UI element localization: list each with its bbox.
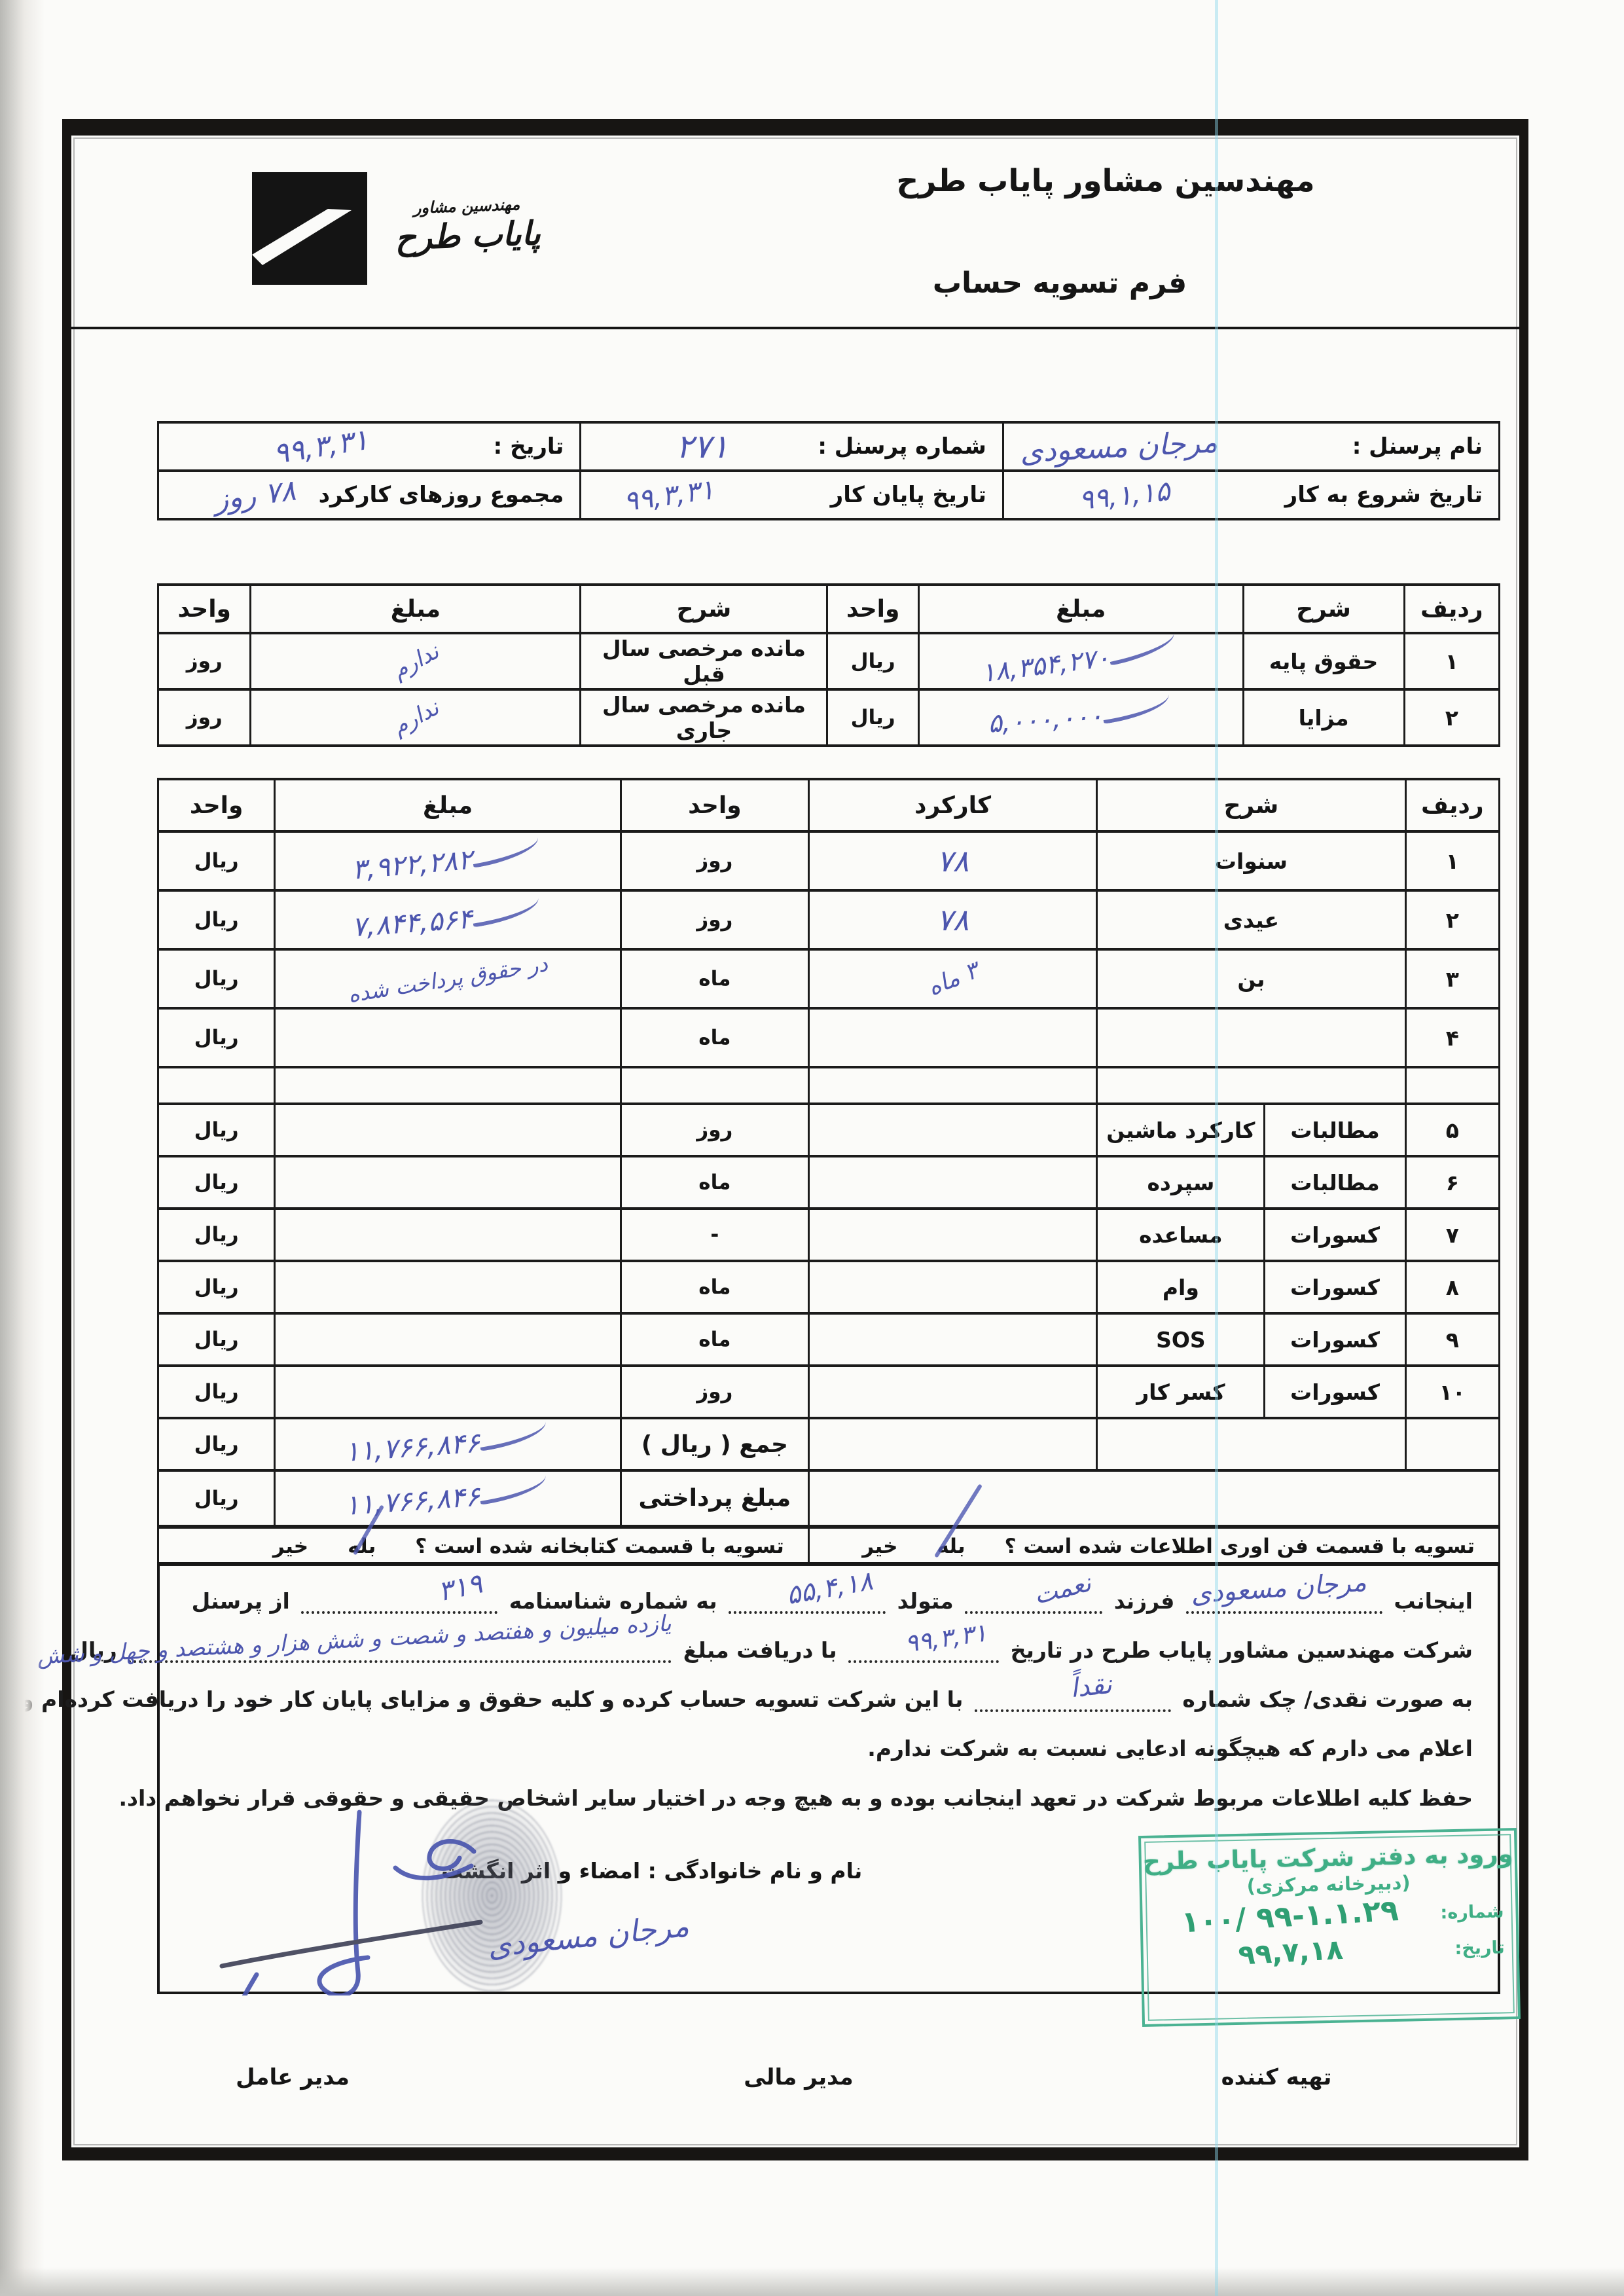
- table-row: ۱۰ کسورات کسر کار روز ریال: [158, 1366, 1500, 1418]
- prev-year-leave-label: مانده مرخصی سال قبل: [581, 633, 827, 689]
- label-az-personel: از پرسنل: [192, 1588, 290, 1614]
- label-motavalled: متولد: [897, 1588, 954, 1614]
- clearance-questions-row: تسویه با قسمت فن اوری اطلاعات شده است ؟ …: [158, 1527, 1500, 1565]
- date-label: تاریخ :: [494, 433, 564, 460]
- empty-cell: [808, 1470, 1499, 1527]
- col-header-radif: ردیف: [1404, 585, 1499, 633]
- scanned-settlement-form: مهندسین مشاور پایاب طرح فرم تسویه حساب م…: [0, 0, 1624, 2296]
- empty-cell: [1405, 1067, 1499, 1104]
- method-blank: نقداً: [975, 1709, 1171, 1712]
- col-header-mablagh: مبلغ: [918, 585, 1243, 633]
- amount-words-blank: یازده میلیون و هفتصد و شصت و شش هزار و ه…: [128, 1660, 672, 1663]
- table-row: ۵ مطالبات کارکرد ماشین روز ریال: [158, 1104, 1500, 1156]
- label-settled-statement: با این شرکت تسویه حساب کرده و کلیه حقوق …: [0, 1686, 963, 1712]
- advance-label: مساعده: [1097, 1209, 1265, 1261]
- eydi-workdays: ۷۸: [937, 902, 969, 938]
- id-blank: ۳۱۹: [301, 1611, 497, 1614]
- empty-cell: [275, 1261, 621, 1313]
- unit-rial: ریال: [827, 689, 918, 746]
- stamp-number-label: شماره:: [1425, 1901, 1504, 1923]
- sanavat-workdays: ۷۸: [937, 843, 969, 879]
- bon-duration: ۳ ماه: [924, 957, 982, 1001]
- kosoorat-category: کسورات: [1265, 1366, 1405, 1418]
- empty-cell: [808, 1366, 1097, 1418]
- spacer-row: [158, 1067, 1500, 1104]
- logo-wordmark-big: پایاب طرح: [372, 213, 564, 258]
- table-row: تاریخ شروع به کار ۹۹,۱,۱۵ تاریخ پایان کا…: [158, 471, 1500, 519]
- name-blank: مرجان مسعودی: [1186, 1611, 1382, 1614]
- unit-rial: ریال: [158, 1470, 275, 1527]
- machine-work-label: کارکرد ماشین: [1097, 1104, 1265, 1156]
- col-header-sharh: شرح: [1097, 779, 1405, 831]
- unit-mah: ماه: [621, 1156, 808, 1209]
- label-injaneb: اینجانب: [1394, 1588, 1473, 1614]
- col-header-sharh2: شرح: [581, 585, 827, 633]
- label-amount-received: با دریافت مبلغ: [683, 1637, 837, 1663]
- form-title: فرم تسویه حساب: [778, 266, 1341, 300]
- sanavat-amount: ۳,۹۲۲,۲۸۲: [351, 837, 545, 885]
- library-clearance-question: تسویه با قسمت کتابخانه شده است ؟: [415, 1535, 784, 1558]
- declaration-line-1: اینجانب مرجان مسعودی فرزند نعمت متولد ۵۵…: [185, 1584, 1473, 1618]
- empty-cell: [621, 1067, 808, 1104]
- payment-method-value: نقداً: [1068, 1664, 1114, 1709]
- row-number: ۹: [1405, 1313, 1499, 1366]
- empty-cell: [808, 1418, 1097, 1470]
- row-number: ۱: [1405, 831, 1499, 890]
- empty-cell: [808, 1008, 1097, 1067]
- paid-amount-label: مبلغ پرداختی: [621, 1470, 808, 1527]
- scan-edge-shadow-left: [0, 0, 45, 2296]
- row-number: ۱: [1404, 633, 1499, 689]
- empty-cell: [275, 1008, 621, 1067]
- table-row: ۸ کسورات وام ماه ریال: [158, 1261, 1500, 1313]
- label-payment-method: به صورت نقدی/ چک شماره: [1182, 1686, 1473, 1712]
- empty-cell: [275, 1313, 621, 1366]
- empty-cell: [808, 1209, 1097, 1261]
- company-title: مهندسین مشاور پایاب طرح: [811, 163, 1400, 199]
- kosoorat-category: کسورات: [1265, 1313, 1405, 1366]
- base-salary-amount: ۱۸,۳۵۴,۲۷۰: [979, 634, 1182, 689]
- col-header-sharh: شرح: [1243, 585, 1404, 633]
- it-clearance-no: خیر: [862, 1535, 897, 1558]
- office-entry-stamp: ورود به دفتر شرکت پایاب طرح (دبیرخانه مر…: [1138, 1828, 1521, 2027]
- empty-cell: [275, 1366, 621, 1418]
- header-divider: [71, 327, 1519, 329]
- managing-director-label: مدیر عامل: [221, 2064, 365, 2090]
- eydi-label: عیدی: [1097, 890, 1405, 949]
- end-date-value: ۹۹,۳,۳۱: [622, 473, 717, 517]
- row-number: ۵: [1405, 1104, 1499, 1156]
- unit-rial: ریال: [158, 1261, 275, 1313]
- empty-desc: [1097, 1008, 1405, 1067]
- financial-manager-label: مدیر مالی: [727, 2064, 871, 2090]
- scan-edge-shadow-bottom: [0, 2267, 1624, 2296]
- current-year-leave-label: مانده مرخصی سال جاری: [581, 689, 827, 746]
- empty-cell: [275, 1104, 621, 1156]
- empty-cell: [1405, 1418, 1499, 1470]
- start-date-value: ۹۹,۱,۱۵: [1077, 474, 1172, 515]
- col-header-vahed: واحد: [827, 585, 918, 633]
- father-blank: نعمت: [965, 1611, 1102, 1614]
- logo-wordmark: مهندسین مشاور پایاب طرح: [372, 194, 564, 258]
- empty-cell: [158, 1067, 275, 1104]
- unit-rial: ریال: [158, 831, 275, 890]
- work-deduction-label: کسر کار: [1097, 1366, 1265, 1418]
- benefits-amount: ۵,۰۰۰,۰۰۰: [987, 696, 1175, 739]
- stamp-subtitle: (دبیرخانه مرکزی): [1142, 1869, 1515, 1899]
- sum-amount: ۱۱,۷۶۶,۸۴۶: [344, 1421, 552, 1468]
- row-number: ۱۰: [1405, 1366, 1499, 1418]
- table-row: ۹ کسورات SOS ماه ریال: [158, 1313, 1500, 1366]
- empty-cell: [1097, 1418, 1405, 1470]
- table-header-row: ردیف شرح مبلغ واحد شرح مبلغ واحد: [158, 585, 1500, 633]
- table-row: ۴ ماه ریال: [158, 1008, 1500, 1067]
- paid-row: مبلغ پرداختی ۱۱,۷۶۶,۸۴۶ ریال: [158, 1470, 1500, 1527]
- label-farzand: فرزند: [1114, 1588, 1175, 1614]
- personnel-number-label: شماره پرسنل :: [818, 433, 986, 460]
- unit-mah: ماه: [621, 1008, 808, 1067]
- personnel-info-table: نام پرسنل : مرجان مسعودی شماره پرسنل : ۲…: [157, 421, 1500, 520]
- row-number: ۲: [1405, 890, 1499, 949]
- unit-rooz: روز: [158, 633, 251, 689]
- bon-label: بن: [1097, 949, 1405, 1008]
- table-row: نام پرسنل : مرجان مسعودی شماره پرسنل : ۲…: [158, 422, 1500, 471]
- empty-cell: [808, 1156, 1097, 1209]
- stamp-date-label: تاریخ:: [1426, 1937, 1505, 1959]
- empty-cell: [808, 1261, 1097, 1313]
- unit-rooz: روز: [621, 890, 808, 949]
- unit-mah: ماه: [621, 1261, 808, 1313]
- it-clearance-question: تسویه با قسمت فن اوری اطلاعات شده است ؟: [1005, 1535, 1475, 1558]
- label-company-date: شرکت مهندسین مشاور پایاب طرح در تاریخ: [1011, 1637, 1473, 1663]
- table-row: ۳ بن ۳ ماه ماه در حقوق پرداخت شده ریال: [158, 949, 1500, 1008]
- loan-label: وام: [1097, 1261, 1265, 1313]
- unit-rooz: روز: [621, 831, 808, 890]
- unit-rial: ریال: [158, 1209, 275, 1261]
- end-date-label: تاریخ پایان کار: [831, 482, 986, 508]
- unit-dash: -: [621, 1209, 808, 1261]
- col-header-mablagh: مبلغ: [275, 779, 621, 831]
- empty-cell: [275, 1156, 621, 1209]
- total-days-value: ۷۸ روز: [212, 473, 297, 517]
- salary-table: ردیف شرح مبلغ واحد شرح مبلغ واحد ۱ حقوق …: [157, 583, 1500, 747]
- personnel-name-label: نام پرسنل :: [1352, 433, 1483, 460]
- birth-date: ۵۵,۴,۱۸: [784, 1561, 876, 1616]
- total-days-label: مجموع روزهای کارکرد: [319, 482, 564, 508]
- table-row: ۲ عیدی ۷۸ روز ۷,۸۴۴,۵۶۴ ریال: [158, 890, 1500, 949]
- eydi-amount: ۷,۸۴۴,۵۶۴: [351, 897, 545, 942]
- col-header-mablagh2: مبلغ: [251, 585, 581, 633]
- company-logo-icon: [252, 172, 367, 285]
- unit-rooz: روز: [621, 1104, 808, 1156]
- empty-cell: [275, 1067, 621, 1104]
- library-clearance-yes: بله: [348, 1535, 376, 1558]
- row-number: ۲: [1404, 689, 1499, 746]
- row-number: ۸: [1405, 1261, 1499, 1313]
- table-row: ۱ حقوق پایه ۱۸,۳۵۴,۲۷۰ ریال مانده مرخصی …: [158, 633, 1500, 689]
- table-header-row: ردیف شرح کارکرد واحد مبلغ واحد: [158, 779, 1500, 831]
- row-number: ۶: [1405, 1156, 1499, 1209]
- col-header-vahed2: واحد: [158, 779, 275, 831]
- table-row: ۶ مطالبات سپرده ماه ریال: [158, 1156, 1500, 1209]
- preparer-label: تهیه کننده: [1204, 2064, 1348, 2090]
- signature-icon: [199, 1806, 487, 1995]
- settle-date-blank: ۹۹,۳,۳۱: [848, 1660, 999, 1663]
- father-name: نعمت: [1030, 1563, 1095, 1614]
- benefits-label: مزایا: [1243, 689, 1404, 746]
- unit-rial: ریال: [158, 1366, 275, 1418]
- sanavat-label: سنوات: [1097, 831, 1405, 890]
- table-row: ۱ سنوات ۷۸ روز ۳,۹۲۲,۲۸۲ ریال: [158, 831, 1500, 890]
- bon-note: در حقوق پرداخت شده: [346, 951, 549, 1008]
- birth-blank: ۵۵,۴,۱۸: [729, 1611, 886, 1614]
- unit-rial: ریال: [158, 1008, 275, 1067]
- unit-rial: ریال: [158, 1313, 275, 1366]
- row-number: ۴: [1405, 1008, 1499, 1067]
- unit-rial: ریال: [827, 633, 918, 689]
- stamp-title: ورود به دفتر شرکت پایاب طرح: [1141, 1840, 1515, 1876]
- col-header-vahed2: واحد: [158, 585, 251, 633]
- table-row: ۷ کسورات مساعده - ریال: [158, 1209, 1500, 1261]
- kosoorat-category: کسورات: [1265, 1261, 1405, 1313]
- settle-date: ۹۹,۳,۳۱: [902, 1614, 989, 1664]
- empty-cell: [808, 1067, 1097, 1104]
- col-header-karkard: کارکرد: [808, 779, 1097, 831]
- declaration-line-4: اعلام می دارم که هیچگونه ادعایی نسبت به …: [185, 1732, 1473, 1765]
- kosoorat-category: کسورات: [1265, 1209, 1405, 1261]
- deposit-label: سپرده: [1097, 1156, 1265, 1209]
- motalebat-category: مطالبات: [1265, 1104, 1405, 1156]
- col-header-radif: ردیف: [1405, 779, 1499, 831]
- base-salary-label: حقوق پایه: [1243, 633, 1404, 689]
- settlement-table: ردیف شرح کارکرد واحد مبلغ واحد ۱ سنوات ۷…: [157, 778, 1500, 1566]
- unit-rooz: روز: [621, 1366, 808, 1418]
- start-date-label: تاریخ شروع به کار: [1285, 482, 1483, 508]
- unit-mah: ماه: [621, 949, 808, 1008]
- library-clearance-no: خیر: [273, 1535, 308, 1558]
- it-clearance-yes: بله: [937, 1535, 965, 1558]
- empty-cell: [808, 1313, 1097, 1366]
- declarant-name: مرجان مسعودی: [1189, 1562, 1367, 1615]
- unit-rial: ریال: [158, 890, 275, 949]
- unit-rial: ریال: [158, 1418, 275, 1470]
- empty-cell: [808, 1104, 1097, 1156]
- personnel-number-value: ۲۷۱: [676, 428, 729, 465]
- unit-rial: ریال: [158, 1104, 275, 1156]
- sos-label: SOS: [1097, 1313, 1265, 1366]
- empty-cell: [1097, 1067, 1405, 1104]
- col-header-vahed: واحد: [621, 779, 808, 831]
- unit-rial: ریال: [158, 1156, 275, 1209]
- declaration-line-2: شرکت مهندسین مشاور پایاب طرح در تاریخ ۹۹…: [185, 1633, 1473, 1667]
- current-year-leave-value: ندارم: [388, 695, 443, 740]
- empty-cell: [275, 1209, 621, 1261]
- prev-year-leave-value: ندارم: [388, 638, 443, 684]
- unit-mah: ماه: [621, 1313, 808, 1366]
- date-value: ۹۹,۳,۳۱: [271, 422, 370, 470]
- row-number: ۷: [1405, 1209, 1499, 1261]
- row-number: ۳: [1405, 949, 1499, 1008]
- motalebat-category: مطالبات: [1265, 1156, 1405, 1209]
- sum-label: جمع ( ریال ): [621, 1418, 808, 1470]
- unit-rooz: روز: [158, 689, 251, 746]
- personnel-name-value: مرجان مسعودی: [1019, 424, 1219, 469]
- sum-row: جمع ( ریال ) ۱۱,۷۶۶,۸۴۶ ریال: [158, 1418, 1500, 1470]
- unit-rial: ریال: [158, 949, 275, 1008]
- id-number: ۳۱۹: [434, 1562, 486, 1613]
- table-row: ۲ مزایا ۵,۰۰۰,۰۰۰ ریال مانده مرخصی سال ج…: [158, 689, 1500, 746]
- declaration-line-3: به صورت نقدی/ چک شماره نقداً با این شرکت…: [185, 1683, 1473, 1716]
